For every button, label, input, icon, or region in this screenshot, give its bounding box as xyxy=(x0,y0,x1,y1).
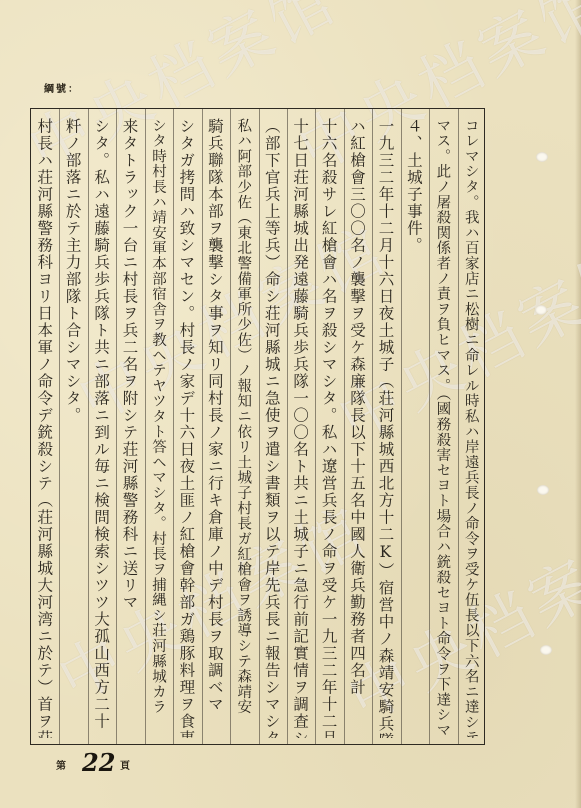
text-column: 十七日荘河縣城出発遠藤騎兵歩兵隊一〇〇名ト共ニ土城子ニ急行前記實情ヲ調査シ xyxy=(288,118,312,738)
text-column: 来タトラック一台ニ村長ヲ兵二名ヲ附シテ荘河縣警務科ニ送リマ xyxy=(118,118,142,738)
punch-hole xyxy=(536,152,548,162)
text-column: （部下官兵上等兵）命シ荘河縣城ニ急使ヲ遣シ書類ヲ以テ岸先兵長ニ報告シマシタ。 xyxy=(260,118,284,738)
text-column: ４、土城子事件。 xyxy=(402,118,426,738)
punch-hole xyxy=(537,485,549,495)
text-column: 十六名殺サレ紅槍會ハ名ヲ殺シマシタ。私ハ遼営兵長ノ命ヲ受ケ一九三二年十二月 xyxy=(317,118,341,738)
text-column: 粁ノ部落ニ於テ主力部隊ト合シマシタ。 xyxy=(61,118,85,738)
text-column: シタ時村長ハ靖安軍本部宿舎ヲ教ヘテヤツタト答ヘマシタ。村長ヲ捕縄シ荘河縣城カラ xyxy=(146,118,170,738)
file-number-label: 綱號： xyxy=(44,80,80,95)
text-column: 一九三二年十二月十六日夜土城子（荘河縣城西北方十二K）宿営中ノ森靖安騎兵隊 xyxy=(373,118,397,738)
page-edge-shadow xyxy=(575,0,581,808)
text-column: ハ紅槍會三〇〇名ノ襲撃ヲ受ケ森廉隊長以下十五名中國人衛兵勤務者四名計 xyxy=(345,118,369,738)
text-column: シタ。私ハ遠藤騎兵歩兵隊ト共ニ部落ニ到ル毎ニ検問検索シツツ大孤山西方二十 xyxy=(89,118,113,738)
text-column: マス。此ノ屠殺関係者ノ責ヲ負ヒマス。（國務殺害セヨト場合ハ銃殺セヨト命令ヲ下達シ… xyxy=(430,118,454,738)
text-column: 騎兵聯隊本部ヲ襲撃シタ事ヲ知リ同村長ノ家ニ行キ倉庫ノ中デ村長ヲ取調ベマ xyxy=(203,118,227,738)
text-column: 村長ハ荘河縣警務科ヨリ日本軍ノ命令デ銃殺シテ（荘河縣城大河湾ニ於テ）首ヲ荘河 xyxy=(32,118,56,738)
text-column: コレマシタ。我ハ百家店ニ松樹ニ命レル時私ハ岸遠兵長ノ命令ヲ受ケ伍長以下六名ニ達シ… xyxy=(459,118,483,738)
page-prefix: 第 xyxy=(56,757,66,772)
document-page: 中央档案馆 中央档案馆 中央档案馆 中央档案馆 中央档案馆 中央档案馆 綱號： … xyxy=(0,0,581,808)
page-number: 22 xyxy=(82,748,115,777)
punch-hole xyxy=(535,305,547,315)
page-suffix: 頁 xyxy=(120,757,130,772)
punch-hole xyxy=(540,645,552,655)
text-column: 私ハ阿部少佐（東北警備軍所少佐）ノ報知ニ依リ土城子村長ガ紅槍會ヲ誘導シテ森靖安 xyxy=(231,118,255,738)
text-column: シタガ拷問ハ致シマセン。村長ノ家デ十六日夜土匪ノ紅槍會幹部ガ鶏豚料理ヲ食事 xyxy=(174,118,198,738)
